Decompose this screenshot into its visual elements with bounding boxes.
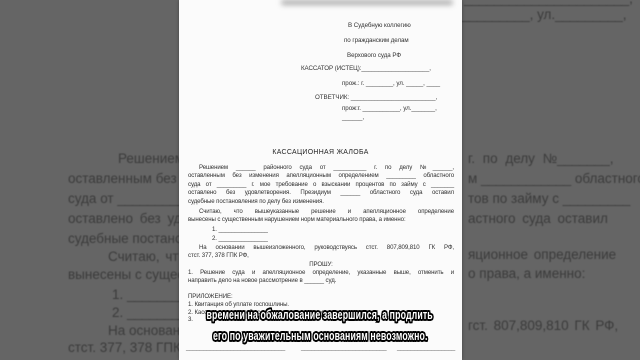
- doc-proshu-item-line: направить дело на новое рассмотрение в _…: [188, 277, 454, 284]
- doc-paragraph1-line: оставленным без изменения апелляционным …: [188, 172, 454, 179]
- bg-right-line: о права, а именно:: [468, 266, 585, 281]
- doc-proshu-item-line: 1. Решение суда и апелляционное определе…: [188, 269, 454, 276]
- doc-title: КАССАЦИОННАЯ ЖАЛОБА: [179, 149, 462, 156]
- doc-paragraph1-line: оставлено без удовлетворения. Президиум …: [188, 189, 454, 196]
- bg-right-line: астного суда оставил: [468, 211, 608, 226]
- bg-right-line: г. по делу №_______,: [468, 151, 613, 166]
- subtitle-line-1: времени на обжалование завершился, а про…: [0, 305, 640, 326]
- bg-left-line: Считаю, чт: [108, 249, 179, 264]
- doc-paragraph2-line: вынесены с существенным нарушением норм …: [188, 216, 454, 223]
- doc-header-line: Верхового суда РФ: [347, 52, 401, 59]
- doc-otvetchik-address2: ______,: [342, 114, 364, 121]
- subtitle-line-2: его по уважительным основаниям невозможн…: [0, 326, 640, 347]
- doc-paragraph1-line: судебные постановления по делу без измен…: [188, 198, 454, 205]
- doc-kassator-address: прож.: г. ________, ул. _____, ____: [342, 80, 440, 87]
- bg-right-line: тов по займу с _________: [468, 191, 630, 206]
- doc-numbered-blank: 1. _______________: [212, 226, 268, 233]
- subtitle-overlay: времени на обжалование завершился, а про…: [0, 305, 640, 346]
- bg-top-right-cut-line: ______________________,: [464, 0, 633, 6]
- bg-top-right-address: _________, ул._________,: [462, 7, 626, 22]
- bg-left-line: судебные постано: [68, 231, 183, 246]
- bg-right-line: м ____________ областного: [468, 171, 640, 186]
- bg-right-line: яционное определение: [468, 247, 616, 262]
- doc-header-line: В Судебную коллегию: [348, 22, 411, 29]
- doc-proshu-heading: ПРОШУ:: [188, 261, 454, 268]
- top-edge-smudge: [281, 0, 453, 5]
- doc-otvetchik-line: ОТВЕТЧИК: _________________________,: [315, 94, 437, 101]
- doc-paragraph2-line: Считаю, что вышеуказанные решение и апел…: [188, 208, 454, 215]
- bg-left-line: Решением: [118, 151, 184, 166]
- bg-left-line: оставленным без: [68, 171, 177, 186]
- doc-header-line: по гражданским делам: [344, 37, 409, 44]
- doc-paragraph3-line: На основании вышеизложенного, руководств…: [188, 244, 454, 251]
- doc-numbered-blank: 2. _______________: [212, 235, 268, 242]
- doc-prilozhenie-heading: ПРИЛОЖЕНИЕ:: [188, 293, 454, 300]
- doc-paragraph1-line: суда от _________ г. мое требование о вз…: [188, 181, 454, 188]
- bg-left-line: вынесены с сущес: [68, 267, 184, 282]
- subtitle-line-2-text: его по уважительным основаниям невозможн…: [213, 329, 428, 343]
- subtitle-line-1-text: времени на обжалование завершился, а про…: [207, 308, 433, 322]
- bg-left-line: оставлено без уд: [68, 211, 182, 226]
- doc-paragraph3-line: стст. 377, 378 ГПК РФ,: [188, 252, 454, 259]
- doc-kassator-line: КАССАТОР (ИСТЕЦ):____________________,: [301, 65, 431, 72]
- video-frame: { "colors":{ "background_dim":"#656565",…: [0, 0, 640, 360]
- doc-paragraph1-line: Решением ______ районного суда от ______…: [188, 164, 454, 171]
- doc-otvetchik-address: прож:г. ___________, ул._______,: [342, 105, 437, 112]
